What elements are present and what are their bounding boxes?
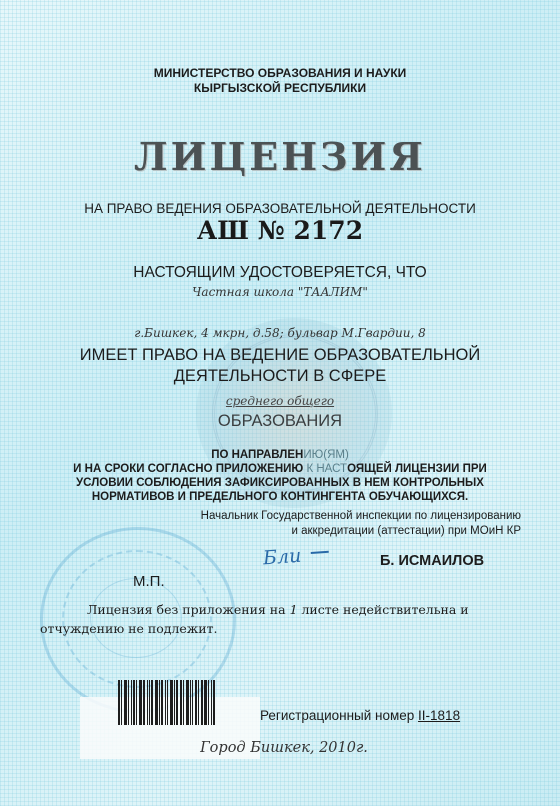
school-address: г.Бишкек, 4 мкрн, д.58; бульвар М.Гварди… xyxy=(0,326,560,340)
barcode-bar xyxy=(180,680,182,725)
barcode-bar xyxy=(174,680,175,725)
registration-number-value: II-1818 xyxy=(418,708,460,723)
ministry-line: КЫРГЫЗСКОЙ РЕСПУБЛИКИ xyxy=(0,81,560,96)
ministry-header: МИНИСТЕРСТВО ОБРАЗОВАНИЯ И НАУКИ КЫРГЫЗС… xyxy=(0,66,560,96)
barcode-bar xyxy=(190,680,191,725)
barcode-bar xyxy=(124,680,127,725)
barcode-bar xyxy=(195,680,197,725)
sheet-count: 1 xyxy=(290,602,298,617)
barcode-bar xyxy=(136,680,137,725)
education-level: среднего общего xyxy=(0,394,560,408)
barcode-bar xyxy=(192,680,193,725)
chief-title-line: Начальник Государственной инспекции по л… xyxy=(181,509,521,524)
barcode-bar xyxy=(176,680,178,725)
chief-title-line: и аккредитации (аттестации) при МОиН КР xyxy=(181,524,521,539)
barcode-bar xyxy=(201,680,203,725)
barcode-bar xyxy=(208,680,209,725)
has-right-line: ДЕЯТЕЛЬНОСТИ В СФЕРЕ xyxy=(0,366,560,387)
education-word: ОБРАЗОВАНИЯ xyxy=(0,412,560,431)
chief-title: Начальник Государственной инспекции по л… xyxy=(181,509,521,539)
barcode-bar xyxy=(131,680,132,725)
barcode-bar xyxy=(183,680,184,725)
education-level-value: среднего общего xyxy=(226,394,334,408)
city-and-year: Город Бишкек, 2010г. xyxy=(0,740,560,756)
barcode-bar xyxy=(139,680,142,725)
school-name: Частная школа "ТААЛИМ" xyxy=(0,285,560,299)
registration-number: Регистрационный номер II-1818 xyxy=(260,708,460,723)
barcode-bar xyxy=(147,680,148,725)
conditions-line: УСЛОВИИ СОБЛЮДЕНИЯ ЗАФИКСИРОВАННЫХ В НЕМ… xyxy=(0,476,560,490)
seal-label: М.П. xyxy=(133,573,165,590)
barcode-bar xyxy=(133,680,135,725)
ministry-line: МИНИСТЕРСТВО ОБРАЗОВАНИЯ И НАУКИ xyxy=(0,66,560,81)
barcode-bar xyxy=(198,680,199,725)
has-right-line: ИМЕЕТ ПРАВО НА ВЕДЕНИЕ ОБРАЗОВАТЕЛЬНОЙ xyxy=(0,345,560,366)
barcode-bar xyxy=(165,680,166,725)
validity-note: Лицензия без приложения на 1 листе недей… xyxy=(40,600,500,638)
barcode-bar xyxy=(167,680,168,725)
barcode-bar xyxy=(159,680,160,725)
conditions-line: НОРМАТИВОВ И ПРЕДЕЛЬНОГО КОНТИНГЕНТА ОБУ… xyxy=(0,490,560,504)
barcode-bar xyxy=(118,680,120,725)
conditions-line: И НА СРОКИ СОГЛАСНО ПРИЛОЖЕНИЮ К НАСТОЯЩ… xyxy=(0,462,560,476)
barcode xyxy=(118,680,226,725)
handwritten-signature: Бли xyxy=(262,545,302,570)
signer-name: Б. ИСМАИЛОВ xyxy=(380,553,484,569)
barcode-bar xyxy=(213,680,215,725)
certifies-text: НАСТОЯЩИМ УДОСТОВЕРЯЕТСЯ, ЧТО xyxy=(0,264,560,282)
barcode-bar xyxy=(155,680,158,725)
barcode-bar xyxy=(170,680,173,725)
barcode-bar xyxy=(204,680,207,725)
license-conditions: ПО НАПРАВЛЕНИЮ(ЯМ) И НА СРОКИ СОГЛАСНО П… xyxy=(0,448,560,504)
barcode-bar xyxy=(161,680,163,725)
barcode-bar xyxy=(128,680,129,725)
barcode-bar xyxy=(121,680,122,725)
license-number: АШ № 2172 xyxy=(0,216,560,245)
barcode-bar xyxy=(211,680,212,725)
has-right-text: ИМЕЕТ ПРАВО НА ВЕДЕНИЕ ОБРАЗОВАТЕЛЬНОЙ Д… xyxy=(0,345,560,387)
conditions-line: ПО НАПРАВЛЕНИЮ(ЯМ) xyxy=(0,448,560,462)
document-subtitle: НА ПРАВО ВЕДЕНИЯ ОБРАЗОВАТЕЛЬНОЙ ДЕЯТЕЛЬ… xyxy=(0,201,560,216)
barcode-bar xyxy=(186,680,189,725)
barcode-bar xyxy=(151,680,153,725)
document-title: ЛИЦЕНЗИЯ xyxy=(0,134,560,179)
barcode-bar xyxy=(149,680,150,725)
barcode-bar xyxy=(143,680,145,725)
